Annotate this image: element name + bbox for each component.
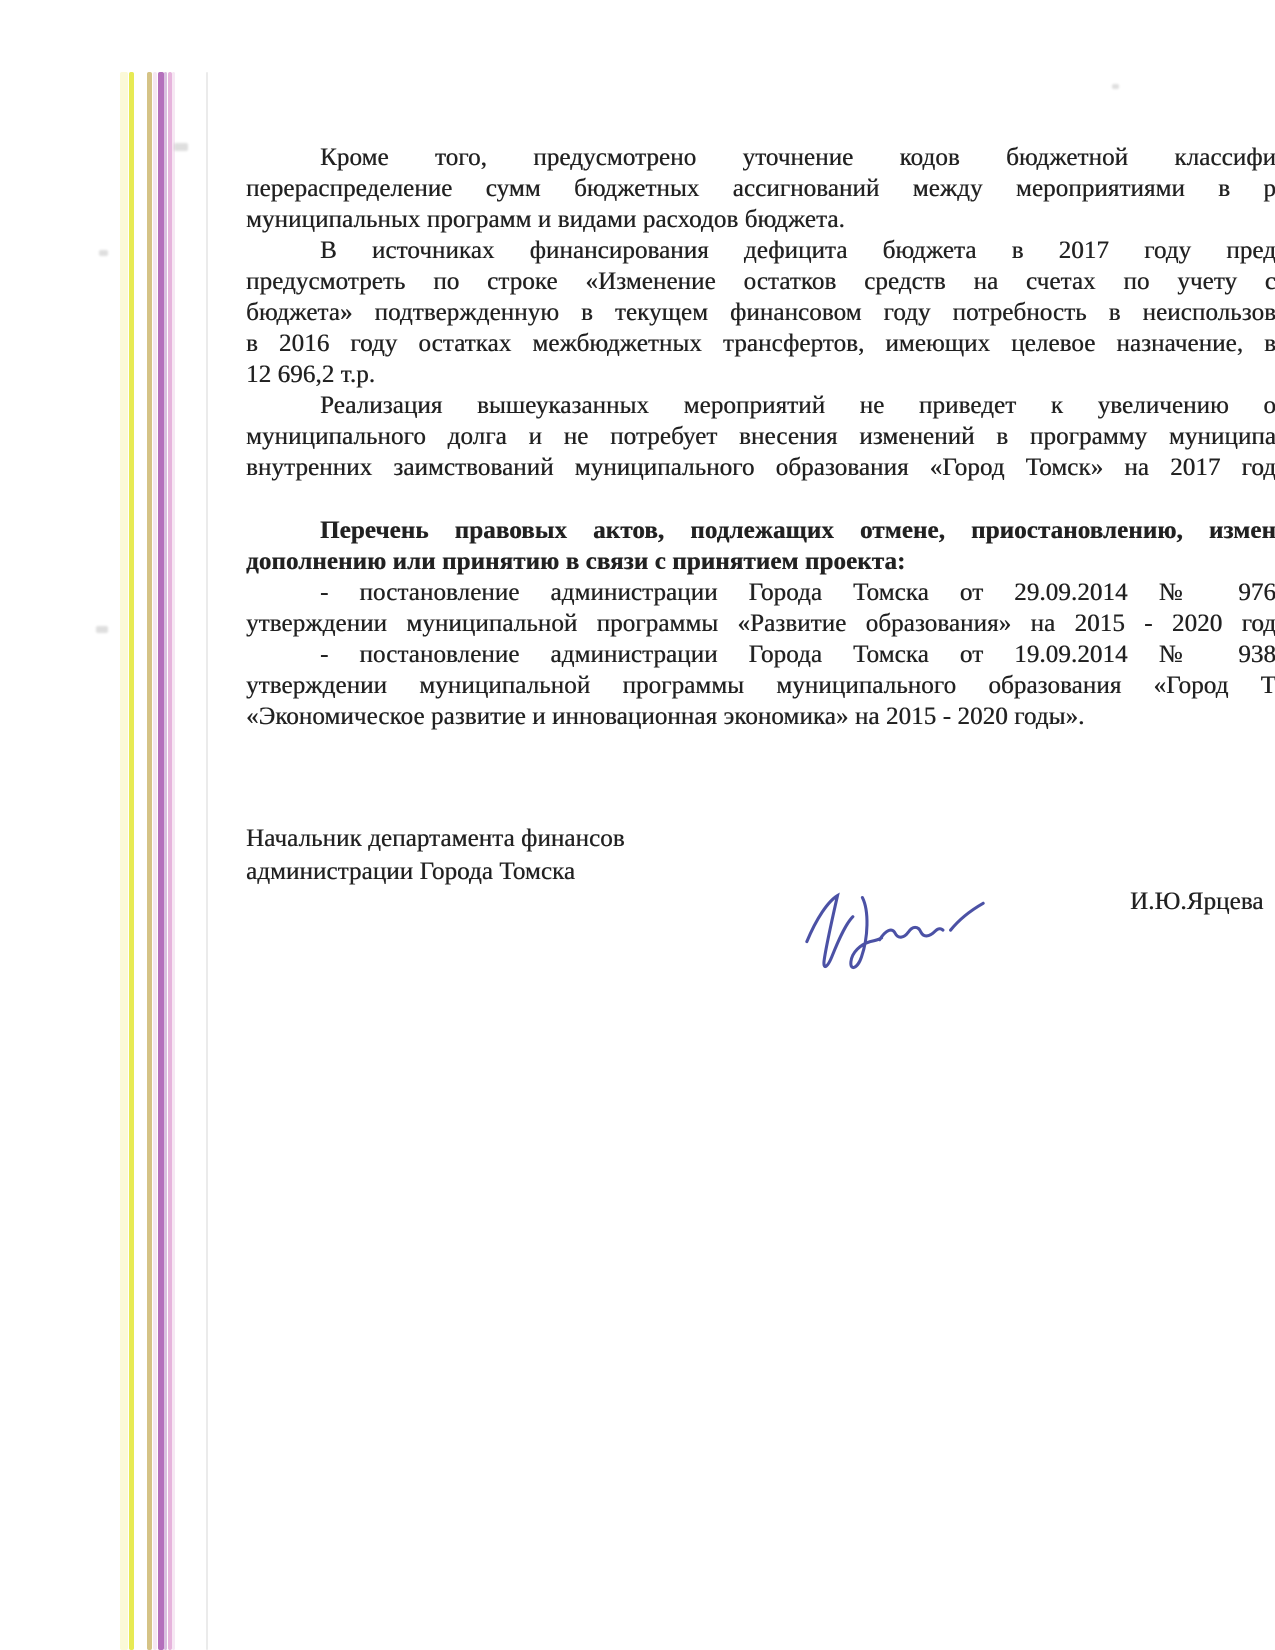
list-item-line: - постановление администрации Города Том… [246, 577, 1275, 608]
scan-stripe-faint-gray-line [206, 72, 208, 1650]
scan-stripe-pale-pink [153, 72, 157, 1650]
text-line: предусмотреть по строке «Изменение остат… [246, 266, 1275, 297]
scan-speck [1112, 84, 1119, 89]
text-line: бюджета» подтвержденную в текущем финанс… [246, 297, 1275, 328]
list-item-line: утверждении муниципальной программы «Раз… [246, 608, 1275, 639]
scan-color-stripes [0, 72, 230, 1650]
scanned-document-page: Кроме того, предусмотрено уточнение кодо… [0, 0, 1275, 1650]
section-heading-line: дополнению или принятию в связи с принят… [246, 546, 1275, 577]
signoff-role-line: Начальник департамента финансов [246, 822, 1275, 855]
handwritten-signature-ink [780, 846, 1010, 974]
list-item-line: «Экономическое развитие и инновационная … [246, 701, 1275, 732]
scan-speck [96, 626, 108, 633]
section-heading-line: Перечень правовых актов, подлежащих отме… [246, 515, 1275, 546]
text-line: муниципального долга и не потребует внес… [246, 421, 1275, 452]
scan-stripe-pale-yellow-wash [120, 72, 128, 1650]
text-line: внутренних заимствований муниципального … [246, 452, 1275, 483]
text-line: Кроме того, предусмотрено уточнение кодо… [246, 142, 1275, 173]
scan-speck [174, 143, 188, 151]
scan-stripe-pale-pink-2 [172, 72, 175, 1650]
text-line: В источниках финансирования дефицита бюд… [246, 235, 1275, 266]
scan-speck [99, 250, 108, 256]
list-item-line: - постановление администрации Города Том… [246, 639, 1275, 670]
signoff-role-line: администрации Города Томска [246, 855, 1275, 888]
text-line: 12 696,2 т.р. [246, 359, 1275, 390]
list-item-line: утверждении муниципальной программы муни… [246, 670, 1275, 701]
signoff-block: Начальник департамента финансов админист… [246, 822, 1275, 1002]
scan-stripe-lavender [164, 72, 167, 1650]
document-body: Кроме того, предусмотрено уточнение кодо… [246, 142, 1275, 1002]
scan-stripe-olive [147, 72, 152, 1650]
text-line: Реализация вышеуказанных мероприятий не … [246, 390, 1275, 421]
text-line: перераспределение сумм бюджетных ассигно… [246, 173, 1275, 204]
text-line: муниципальных программ и видами расходов… [246, 204, 1275, 235]
scan-stripe-yellow [129, 72, 134, 1650]
signatory-name: И.Ю.Ярцева [1130, 886, 1263, 917]
text-line: в 2016 году остатках межбюджетных трансф… [246, 328, 1275, 359]
